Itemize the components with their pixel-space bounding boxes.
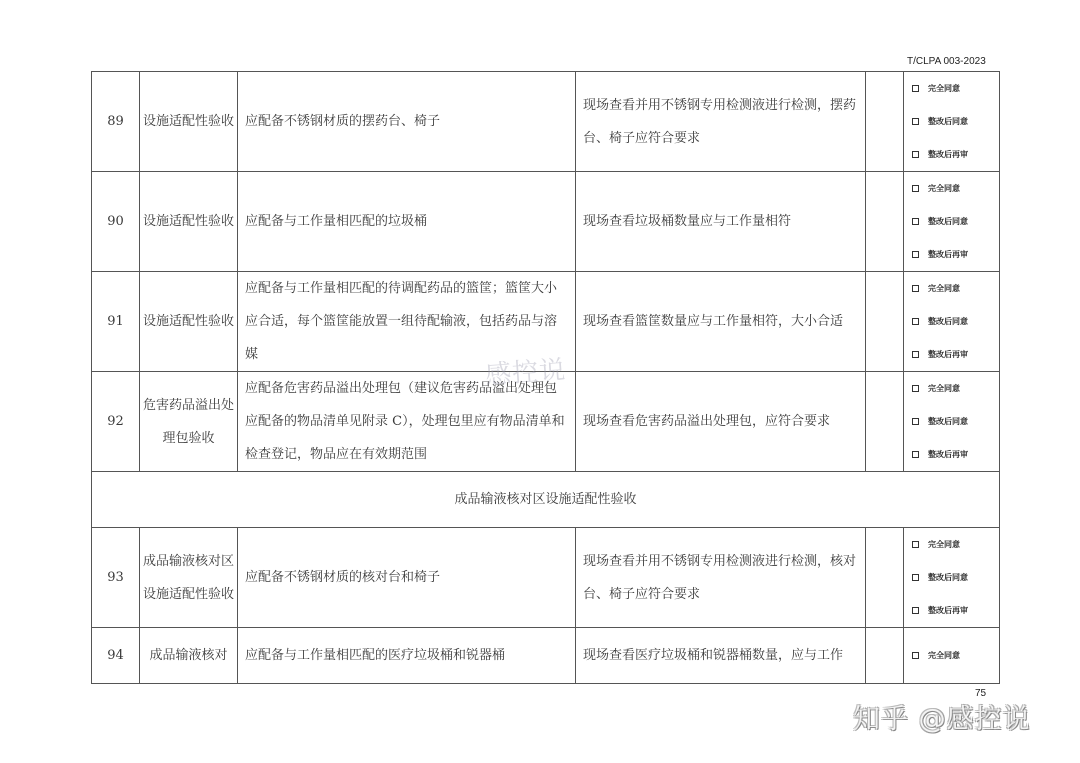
table-row: 94 成品输液核对 应配备与工作量相匹配的医疗垃圾桶和锐器桶 现场查看医疗垃圾桶… <box>92 628 1000 684</box>
blank-cell <box>866 528 904 628</box>
options-cell: 完全同意 整改后同意 整改后再审 <box>904 172 1000 272</box>
checkbox-icon[interactable] <box>912 318 919 325</box>
checkbox-icon[interactable] <box>912 85 919 92</box>
blank-cell <box>866 628 904 684</box>
blank-cell <box>866 172 904 272</box>
option-fully-agree[interactable]: 完全同意 <box>912 272 999 305</box>
item-category: 设施适配性验收 <box>140 272 238 372</box>
option-review-after-rectify[interactable]: 整改后再审 <box>912 438 999 471</box>
options-cell: 完全同意 整改后同意 整改后再审 <box>904 72 1000 172</box>
checkbox-icon[interactable] <box>912 118 919 125</box>
checkbox-icon[interactable] <box>912 607 919 614</box>
option-fully-agree[interactable]: 完全同意 <box>912 639 999 672</box>
item-method: 现场查看并用不锈钢专用检测液进行检测，核对台、椅子应符合要求 <box>576 528 866 628</box>
checkbox-icon[interactable] <box>912 351 919 358</box>
item-method: 现场查看并用不锈钢专用检测液进行检测，摆药台、椅子应符合要求 <box>576 72 866 172</box>
item-number: 93 <box>92 528 140 628</box>
item-category: 设施适配性验收 <box>140 172 238 272</box>
item-number: 89 <box>92 72 140 172</box>
table-row: 89 设施适配性验收 应配备不锈钢材质的摆药台、椅子 现场查看并用不锈钢专用检测… <box>92 72 1000 172</box>
options-cell: 完全同意 整改后同意 整改后再审 <box>904 272 1000 372</box>
blank-cell <box>866 272 904 372</box>
checkbox-icon[interactable] <box>912 251 919 258</box>
item-requirement: 应配备不锈钢材质的核对台和椅子 <box>238 528 576 628</box>
item-number: 94 <box>92 628 140 684</box>
checkbox-icon[interactable] <box>912 418 919 425</box>
checkbox-icon[interactable] <box>912 451 919 458</box>
checkbox-icon[interactable] <box>912 385 919 392</box>
option-agree-after-rectify[interactable]: 整改后同意 <box>912 405 999 438</box>
option-review-after-rectify[interactable]: 整改后再审 <box>912 238 999 271</box>
item-number: 90 <box>92 172 140 272</box>
item-requirement: 应配备与工作量相匹配的垃圾桶 <box>238 172 576 272</box>
item-requirement: 应配备不锈钢材质的摆药台、椅子 <box>238 72 576 172</box>
watermark-corner: 知乎 @感控说 <box>853 697 1031 736</box>
item-category: 成品输液核对 <box>140 628 238 684</box>
section-row: 成品输液核对区设施适配性验收 <box>92 472 1000 528</box>
option-fully-agree[interactable]: 完全同意 <box>912 172 999 205</box>
item-method: 现场查看危害药品溢出处理包，应符合要求 <box>576 372 866 472</box>
checkbox-icon[interactable] <box>912 218 919 225</box>
item-method: 现场查看篮筐数量应与工作量相符，大小合适 <box>576 272 866 372</box>
item-category: 成品输液核对区设施适配性验收 <box>140 528 238 628</box>
option-fully-agree[interactable]: 完全同意 <box>912 72 999 105</box>
options-cell: 完全同意 整改后同意 整改后再审 <box>904 528 1000 628</box>
item-requirement: 应配备与工作量相匹配的医疗垃圾桶和锐器桶 <box>238 628 576 684</box>
item-method: 现场查看医疗垃圾桶和锐器桶数量，应与工作 <box>576 628 866 684</box>
option-fully-agree[interactable]: 完全同意 <box>912 528 999 561</box>
item-method: 现场查看垃圾桶数量应与工作量相符 <box>576 172 866 272</box>
document-code: T/CLPA 003-2023 <box>907 56 986 67</box>
option-agree-after-rectify[interactable]: 整改后同意 <box>912 561 999 594</box>
option-review-after-rectify[interactable]: 整改后再审 <box>912 138 999 171</box>
checkbox-icon[interactable] <box>912 541 919 548</box>
checkbox-icon[interactable] <box>912 574 919 581</box>
item-number: 91 <box>92 272 140 372</box>
blank-cell <box>866 72 904 172</box>
watermark-center: 感控说 <box>484 349 567 392</box>
checkbox-icon[interactable] <box>912 652 919 659</box>
blank-cell <box>866 372 904 472</box>
checkbox-icon[interactable] <box>912 151 919 158</box>
checkbox-icon[interactable] <box>912 285 919 292</box>
option-review-after-rectify[interactable]: 整改后再审 <box>912 594 999 627</box>
item-number: 92 <box>92 372 140 472</box>
option-agree-after-rectify[interactable]: 整改后同意 <box>912 105 999 138</box>
section-title: 成品输液核对区设施适配性验收 <box>92 472 1000 528</box>
option-review-after-rectify[interactable]: 整改后再审 <box>912 338 999 371</box>
option-agree-after-rectify[interactable]: 整改后同意 <box>912 305 999 338</box>
options-cell: 完全同意 整改后同意 整改后再审 <box>904 372 1000 472</box>
table-row: 93 成品输液核对区设施适配性验收 应配备不锈钢材质的核对台和椅子 现场查看并用… <box>92 528 1000 628</box>
item-category: 设施适配性验收 <box>140 72 238 172</box>
item-category: 危害药品溢出处理包验收 <box>140 372 238 472</box>
option-agree-after-rectify[interactable]: 整改后同意 <box>912 205 999 238</box>
options-cell: 完全同意 <box>904 628 1000 684</box>
table-row: 90 设施适配性验收 应配备与工作量相匹配的垃圾桶 现场查看垃圾桶数量应与工作量… <box>92 172 1000 272</box>
checkbox-icon[interactable] <box>912 185 919 192</box>
option-fully-agree[interactable]: 完全同意 <box>912 372 999 405</box>
